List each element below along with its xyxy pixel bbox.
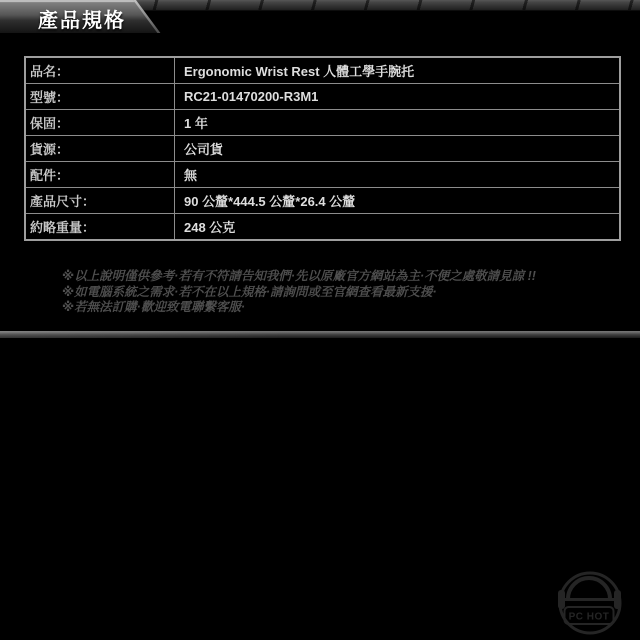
spec-table: 品名： Ergonomic Wrist Rest 人體工學手腕托 型號： RC2…: [24, 56, 621, 241]
logo-text: PC HOT: [569, 612, 610, 623]
spec-label: 保固：: [25, 110, 175, 136]
spec-value: RC21-01470200-R3M1: [175, 84, 621, 110]
note-line: ※以上說明僅供參考·若有不符請告知我們·先以原廠官方網站為主·不便之處敬請見諒 …: [62, 269, 536, 285]
section-header: 產品規格: [0, 0, 640, 34]
table-row-product-name: 品名： Ergonomic Wrist Rest 人體工學手腕托: [25, 57, 620, 84]
spec-value: 無: [175, 162, 621, 188]
table-row-warranty: 保固： 1 年: [25, 110, 620, 136]
spec-label: 品名：: [25, 57, 175, 84]
table-row-weight: 約略重量： 248 公克: [25, 214, 620, 241]
spec-label: 貨源：: [25, 136, 175, 162]
table-row-accessories: 配件： 無: [25, 162, 620, 188]
table-row-source: 貨源： 公司貨: [25, 136, 620, 162]
logo-left-earpiece: [558, 590, 565, 609]
note-line: ※如電腦系統之需求·若不在以上規格·請詢問或至官網查看最新支援·: [62, 285, 536, 301]
spec-label: 配件：: [25, 162, 175, 188]
spec-label: 產品尺寸：: [25, 188, 175, 214]
table-row-dimensions: 產品尺寸： 90 公釐*444.5 公釐*26.4 公釐: [25, 188, 620, 214]
logo-right-earpiece: [614, 590, 621, 609]
note-line: ※若無法訂購·歡迎致電聯繫客服·: [62, 300, 536, 316]
spec-label: 約略重量：: [25, 214, 175, 241]
disclaimer-notes: ※以上說明僅供參考·若有不符請告知我們·先以原廠官方網站為主·不便之處敬請見諒 …: [62, 269, 536, 316]
spec-label: 型號：: [25, 84, 175, 110]
product-spec-page: 產品規格 品名： Ergonomic Wrist Rest 人體工學手腕托 型號…: [0, 0, 640, 640]
spec-value: 1 年: [175, 110, 621, 136]
table-row-model: 型號： RC21-01470200-R3M1: [25, 84, 620, 110]
pc-hot-headphone-logo-icon: PC HOT: [555, 570, 625, 640]
page-title: 產品規格: [38, 4, 126, 33]
spec-value: 公司貨: [175, 136, 621, 162]
logo-headband-arc: [568, 578, 610, 599]
spec-value: 90 公釐*444.5 公釐*26.4 公釐: [175, 188, 621, 214]
spec-value: 248 公克: [175, 214, 621, 241]
section-divider: [0, 331, 640, 338]
spec-value: Ergonomic Wrist Rest 人體工學手腕托: [175, 57, 621, 84]
